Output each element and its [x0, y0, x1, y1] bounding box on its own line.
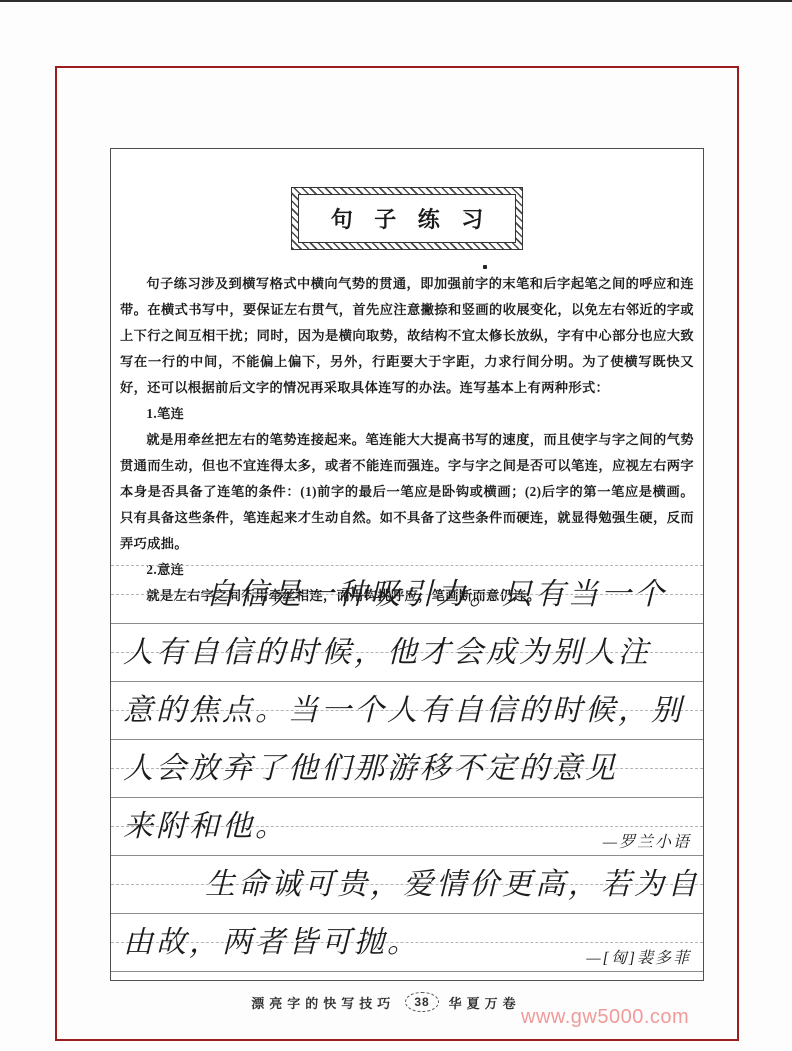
section-paragraph-1: 就是用牵丝把左右的笔势连接起来。笔连能大大提高书写的速度，而且使字与字之间的气势… [120, 427, 694, 557]
handwriting-text: 自信是一种吸引力。只有当一个 [111, 566, 703, 623]
attribution-petofi: —[匈]裴多菲 [586, 945, 691, 968]
handwriting-row: 人有自信的时候，他才会成为别人注 [111, 624, 703, 682]
intro-paragraph: 句子练习涉及到横写格式中横向气势的贯通，即加强前字的末笔和后字起笔之间的呼应和连… [120, 271, 694, 401]
handwriting-row: 意的焦点。当一个人有自信的时候，别 [111, 682, 703, 740]
handwriting-text: 人有自信的时候，他才会成为别人注 [111, 624, 703, 681]
handwriting-text: 生命诚可贵，爱情价更高，若为自 [111, 856, 703, 913]
handwriting-text: 人会放弃了他们那游移不定的意见 [111, 740, 703, 797]
page-number-badge: 38 [405, 992, 438, 1012]
handwriting-row: 由故，两者皆可抛。 —[匈]裴多菲 [111, 914, 703, 972]
title-box: 句 子 练 习 [291, 187, 523, 250]
handwriting-row: 来附和他。 —罗兰小语 [111, 798, 703, 856]
handwriting-practice-area: 自信是一种吸引力。只有当一个 人有自信的时候，他才会成为别人注 意的焦点。当一个… [111, 565, 703, 972]
watermark: www.gw5000.com [521, 1006, 689, 1029]
publisher: 华夏万卷 [449, 993, 521, 1012]
handwriting-row: 人会放弃了他们那游移不定的意见 [111, 740, 703, 798]
handwriting-row: 自信是一种吸引力。只有当一个 [111, 566, 703, 624]
page-title: 句 子 练 习 [298, 194, 516, 243]
scan-edge-artifact [0, 0, 792, 2]
handwriting-text: 意的焦点。当一个人有自信的时候，别 [111, 682, 703, 739]
scanned-book-page: 句 子 练 习 句子练习涉及到横写格式中横向气势的贯通，即加强前字的末笔和后字起… [0, 0, 792, 1051]
content-box: 句 子 练 习 句子练习涉及到横写格式中横向气势的贯通，即加强前字的末笔和后字起… [110, 148, 704, 981]
book-title: 漂亮字的快写技巧 [251, 993, 395, 1012]
attribution-luolan: —罗兰小语 [603, 829, 691, 852]
handwriting-row: 生命诚可贵，爱情价更高，若为自 [111, 856, 703, 914]
section-heading-1: 1.笔连 [120, 401, 694, 427]
article: 句子练习涉及到横写格式中横向气势的贯通，即加强前字的末笔和后字起笔之间的呼应和连… [111, 250, 703, 609]
ink-speck [483, 265, 487, 269]
